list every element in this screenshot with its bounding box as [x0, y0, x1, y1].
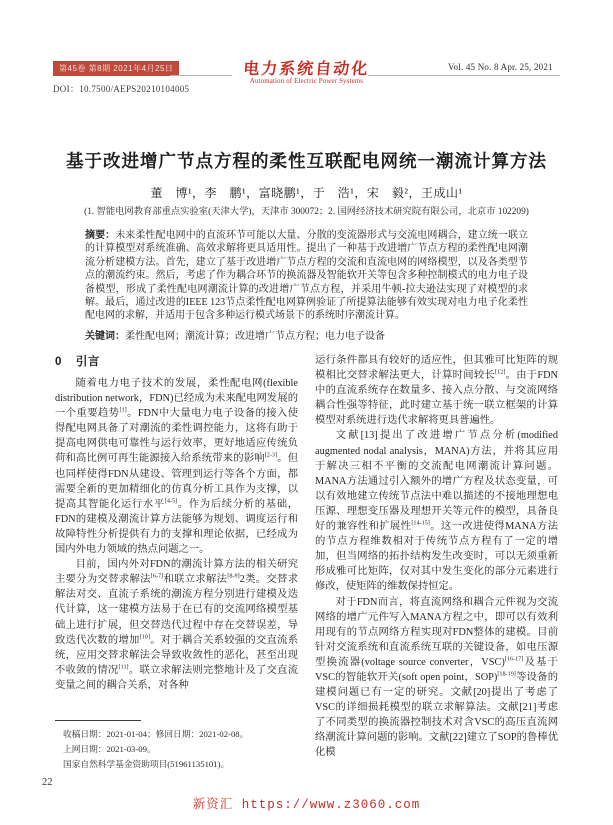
paper-page: 第45卷 第8期 2021年4月25日 DOI：10.7500/AEPS2021…	[0, 0, 613, 825]
body-paragraph: 目前，国内外对FDN的潮流计算方法的相关研究主要分为交替求解法[6-7]和联立求…	[55, 557, 298, 693]
right-column: 运行条件都具有较好的适应性，但其雅可比矩阵的规模相比交替求解法更大，计算时间较长…	[315, 353, 558, 761]
body-paragraph: 随着电力电子技术的发展，柔性配电网(flexible distribution …	[55, 376, 298, 557]
keywords-text: 柔性配电网；潮流计算；改进增广节点方程；电力电子设备	[125, 331, 385, 342]
abstract-text: 未来柔性配电网中的直流环节可能以大量、分散的变流器形式与交流电网耦合，建立统一联…	[85, 230, 528, 321]
abstract-block: 摘要：未来柔性配电网中的直流环节可能以大量、分散的变流器形式与交流电网耦合，建立…	[85, 229, 528, 343]
journal-name-en: Automation of Electric Power Systems	[0, 78, 613, 85]
section-number: 0	[55, 356, 62, 368]
section-title: 引言	[76, 356, 100, 368]
body-paragraph: 对于FDN而言，将直流网络和耦合元件视为交流网络的增广元件写入MANA方程之中，…	[315, 595, 558, 761]
issue-info-en: Vol. 45 No. 8 Apr. 25, 2021	[448, 62, 553, 72]
left-column: 0引言 随着电力电子技术的发展，柔性配电网(flexible distribut…	[55, 353, 298, 693]
author-line: 董 博¹，李 鹏¹，富晓鹏¹，于 浩¹，宋 毅²，王成山¹	[0, 184, 613, 201]
watermark-text: 新资汇 https://www.z3060.com	[0, 794, 613, 812]
page-number: 22	[42, 777, 53, 788]
body-paragraph: 文献[13]提出了改进增广节点分析(modified augmented nod…	[315, 428, 558, 594]
footnote-online-date: 上网日期：2021-03-09。	[55, 742, 298, 757]
keywords-label: 关键词：	[85, 331, 125, 342]
body-paragraph: 运行条件都具有较好的适应性，但其雅可比矩阵的规模相比交替求解法更大，计算时间较长…	[315, 353, 558, 428]
affiliation-line: (1. 智能电网教育部重点实验室(天津大学)，天津市 300072；2. 国网经…	[0, 203, 613, 217]
article-title: 基于改进增广节点方程的柔性互联配电网统一潮流计算方法	[0, 148, 613, 173]
footnote-divider	[55, 720, 141, 721]
abstract-label: 摘要：	[85, 230, 115, 241]
keywords-line: 关键词：柔性配电网；潮流计算；改进增广节点方程；电力电子设备	[85, 330, 528, 343]
footnote-funding: 国家自然科学基金资助项目(51961135101)。	[55, 757, 298, 772]
footnote-received-date: 收稿日期：2021-01-04；修回日期：2021-02-08。	[55, 727, 298, 742]
abstract-paragraph: 摘要：未来柔性配电网中的直流环节可能以大量、分散的变流器形式与交流电网耦合，建立…	[85, 229, 528, 323]
footnote-block: 收稿日期：2021-01-04；修回日期：2021-02-08。 上网日期：20…	[55, 720, 298, 772]
section-heading: 0引言	[55, 353, 298, 369]
